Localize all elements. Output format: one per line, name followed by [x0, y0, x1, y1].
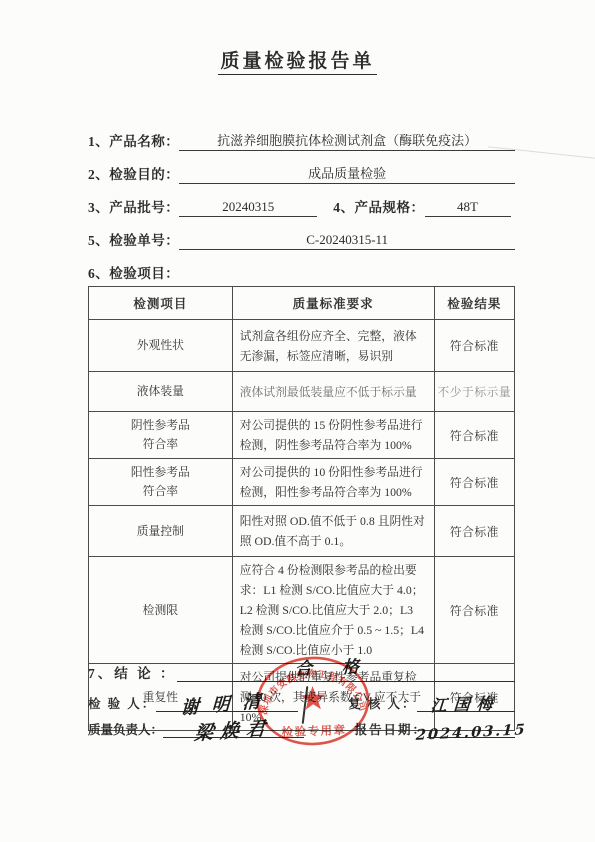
row-item: 质量控制 [89, 506, 233, 557]
row-requirement: 液体试剂最低装量应不低于标示量 [232, 372, 434, 412]
conclusion-handwritten-value: 合格 [294, 651, 389, 679]
row-result: 符合标准 [434, 320, 514, 372]
quality-manager-signature-line: 梁焕君 [163, 715, 304, 738]
row-item: 阳性参考品 符合率 [89, 459, 233, 506]
field-items-heading: 6、检验项目： [88, 250, 515, 283]
report-no-label: 5、检验单号： [88, 229, 179, 250]
reviewer-label: 复 核 人： [348, 694, 416, 712]
field-purpose: 2、检验目的： 成品质量检验 [88, 151, 515, 184]
purpose-label: 2、检验目的： [88, 163, 179, 184]
signature-row-1: 检 验 人： 谢明清 复 核 人： 江国梅 [88, 688, 515, 712]
table-row: 外观性状 试剂盒各组份应齐全、完整，液体无渗漏，标签应清晰，易识别 符合标准 [89, 320, 515, 372]
field-product-name: 1、产品名称： 抗滋养细胞膜抗体检测试剂盒（酶联免疫法） [88, 118, 515, 151]
row-item: 阴性参考品 符合率 [89, 412, 233, 459]
reviewer-signature-line: 江国梅 [417, 689, 515, 712]
table-row: 阴性参考品 符合率 对公司提供的 15 份阴性参考品进行检测，阴性参考品符合率为… [89, 412, 515, 459]
quality-inspection-report: 质量检验报告单 1、产品名称： 抗滋养细胞膜抗体检测试剂盒（酶联免疫法） 2、检… [0, 0, 595, 842]
inspector-label: 检 验 人： [88, 694, 156, 712]
items-heading-label: 6、检验项目： [88, 262, 179, 283]
row-requirement: 对公司提供的 15 份阴性参考品进行检测，阴性参考品符合率为 100% [232, 412, 434, 459]
col-header-item: 检测项目 [89, 287, 233, 320]
row-result: 符合标准 [434, 459, 514, 506]
product-name-label: 1、产品名称： [88, 130, 179, 151]
quality-manager-label: 质量负责人： [88, 720, 163, 738]
field-report-no: 5、检验单号： C-20240315-11 [88, 217, 515, 250]
inspector-signature-line: 谢明清 [156, 689, 298, 712]
table-row: 液体装量 液体试剂最低装量应不低于标示量 不少于标示量 [89, 372, 515, 412]
row-requirement: 阳性对照 OD.值不低于 0.8 且阴性对照 OD.值不高于 0.1。 [232, 506, 434, 557]
row-item: 外观性状 [89, 320, 233, 372]
spec-value: 48T [425, 199, 511, 217]
row-requirement: 对公司提供的 10 份阳性参考品进行检测，阳性参考品符合率为 100% [232, 459, 434, 506]
field-batch-and-spec: 3、产品批号： 20240315 4、产品规格： 48T [88, 184, 515, 217]
info-section: 1、产品名称： 抗滋养细胞膜抗体检测试剂盒（酶联免疫法） 2、检验目的： 成品质… [88, 118, 515, 283]
report-no-value: C-20240315-11 [179, 232, 515, 250]
row-result: 符合标准 [434, 506, 514, 557]
row-result: 不少于标示量 [434, 372, 514, 412]
row-item: 液体装量 [89, 372, 233, 412]
reviewer-signature: 江国梅 [430, 691, 501, 716]
row-requirement: 应符合 4 份检测限参考品的检出要求：L1 检测 S/CO.比值应大于 4.0；… [232, 557, 434, 664]
table-header-row: 检测项目 质量标准要求 检验结果 [89, 287, 515, 320]
batch-label: 3、产品批号： [88, 196, 179, 217]
batch-value: 20240315 [179, 199, 317, 217]
row-result: 符合标准 [434, 412, 514, 459]
row-item: 检测限 [89, 557, 233, 664]
col-header-requirement: 质量标准要求 [232, 287, 434, 320]
row-result: 符合标准 [434, 557, 514, 664]
purpose-value: 成品质量检验 [179, 163, 515, 184]
conclusion-underline: 合格 [177, 659, 516, 682]
quality-manager-signature: 梁焕君 [193, 713, 274, 746]
col-header-result: 检验结果 [434, 287, 514, 320]
product-name-value: 抗滋养细胞膜抗体检测试剂盒（酶联免疫法） [179, 130, 515, 151]
page-title: 质量检验报告单 [0, 46, 595, 73]
row-requirement: 试剂盒各组份应齐全、完整，液体无渗漏，标签应清晰，易识别 [232, 320, 434, 372]
conclusion-label: 7、结 论 ： [88, 662, 177, 682]
table-row: 质量控制 阳性对照 OD.值不低于 0.8 且阴性对照 OD.值不高于 0.1。… [89, 506, 515, 557]
report-date-handwritten: 2024.03.15 [415, 721, 527, 744]
spec-label: 4、产品规格： [333, 196, 424, 217]
table-row: 检测限 应符合 4 份检测限参考品的检出要求：L1 检测 S/CO.比值应大于 … [89, 557, 515, 664]
report-date-line: 2024.03.15 [427, 715, 515, 738]
table-row: 阳性参考品 符合率 对公司提供的 10 份阳性参考品进行检测，阳性参考品符合率为… [89, 459, 515, 506]
conclusion-line: 7、结 论 ： 合格 [88, 658, 515, 682]
